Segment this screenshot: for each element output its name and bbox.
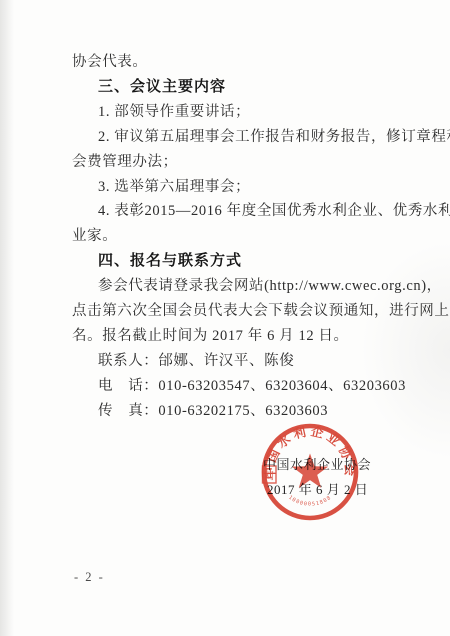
seal-badge-glyph: 网 bbox=[264, 471, 274, 483]
body-line: 点击第六次全国会员代表大会下载会议预通知，进行网上报 bbox=[72, 299, 384, 324]
body-line: 3. 选举第六届理事会； bbox=[72, 175, 384, 200]
body-line-website: 参会代表请登录我会网站(http://www.cwec.org.cn)， bbox=[72, 274, 384, 299]
body-line: 2. 审议第五届理事会工作报告和财务报告，修订章程和 bbox=[72, 125, 384, 150]
body-line: 4. 表彰2015—2016 年度全国优秀水利企业、优秀水利企 bbox=[72, 199, 384, 224]
body-line-contacts: 联系人：邰娜、许汉平、陈俊 bbox=[72, 349, 384, 374]
body-line-deadline: 名。报名截止时间为 2017 年 6 月 12 日。 bbox=[72, 324, 384, 349]
star-icon bbox=[292, 454, 328, 488]
body-line-phone: 电 话：010-63203547、63203604、63203603 bbox=[72, 374, 384, 399]
document-body: 协会代表。 三、会议主要内容 1. 部领导作重要讲话； 2. 审议第五届理事会工… bbox=[72, 50, 384, 424]
body-line: 业家。 bbox=[72, 224, 384, 249]
section-heading-4: 四、报名与联系方式 bbox=[72, 249, 384, 274]
body-line: 会费管理办法； bbox=[72, 150, 384, 175]
body-line: 1. 部领导作重要讲话； bbox=[72, 100, 384, 125]
official-seal: 中国水利企业协会 1100000518081 网 bbox=[256, 418, 364, 526]
section-heading-3: 三、会议主要内容 bbox=[72, 75, 384, 100]
body-line: 协会代表。 bbox=[72, 50, 384, 75]
document-page: 协会代表。 三、会议主要内容 1. 部领导作重要讲话； 2. 审议第五届理事会工… bbox=[0, 0, 450, 636]
page-number: - 2 - bbox=[74, 570, 105, 585]
